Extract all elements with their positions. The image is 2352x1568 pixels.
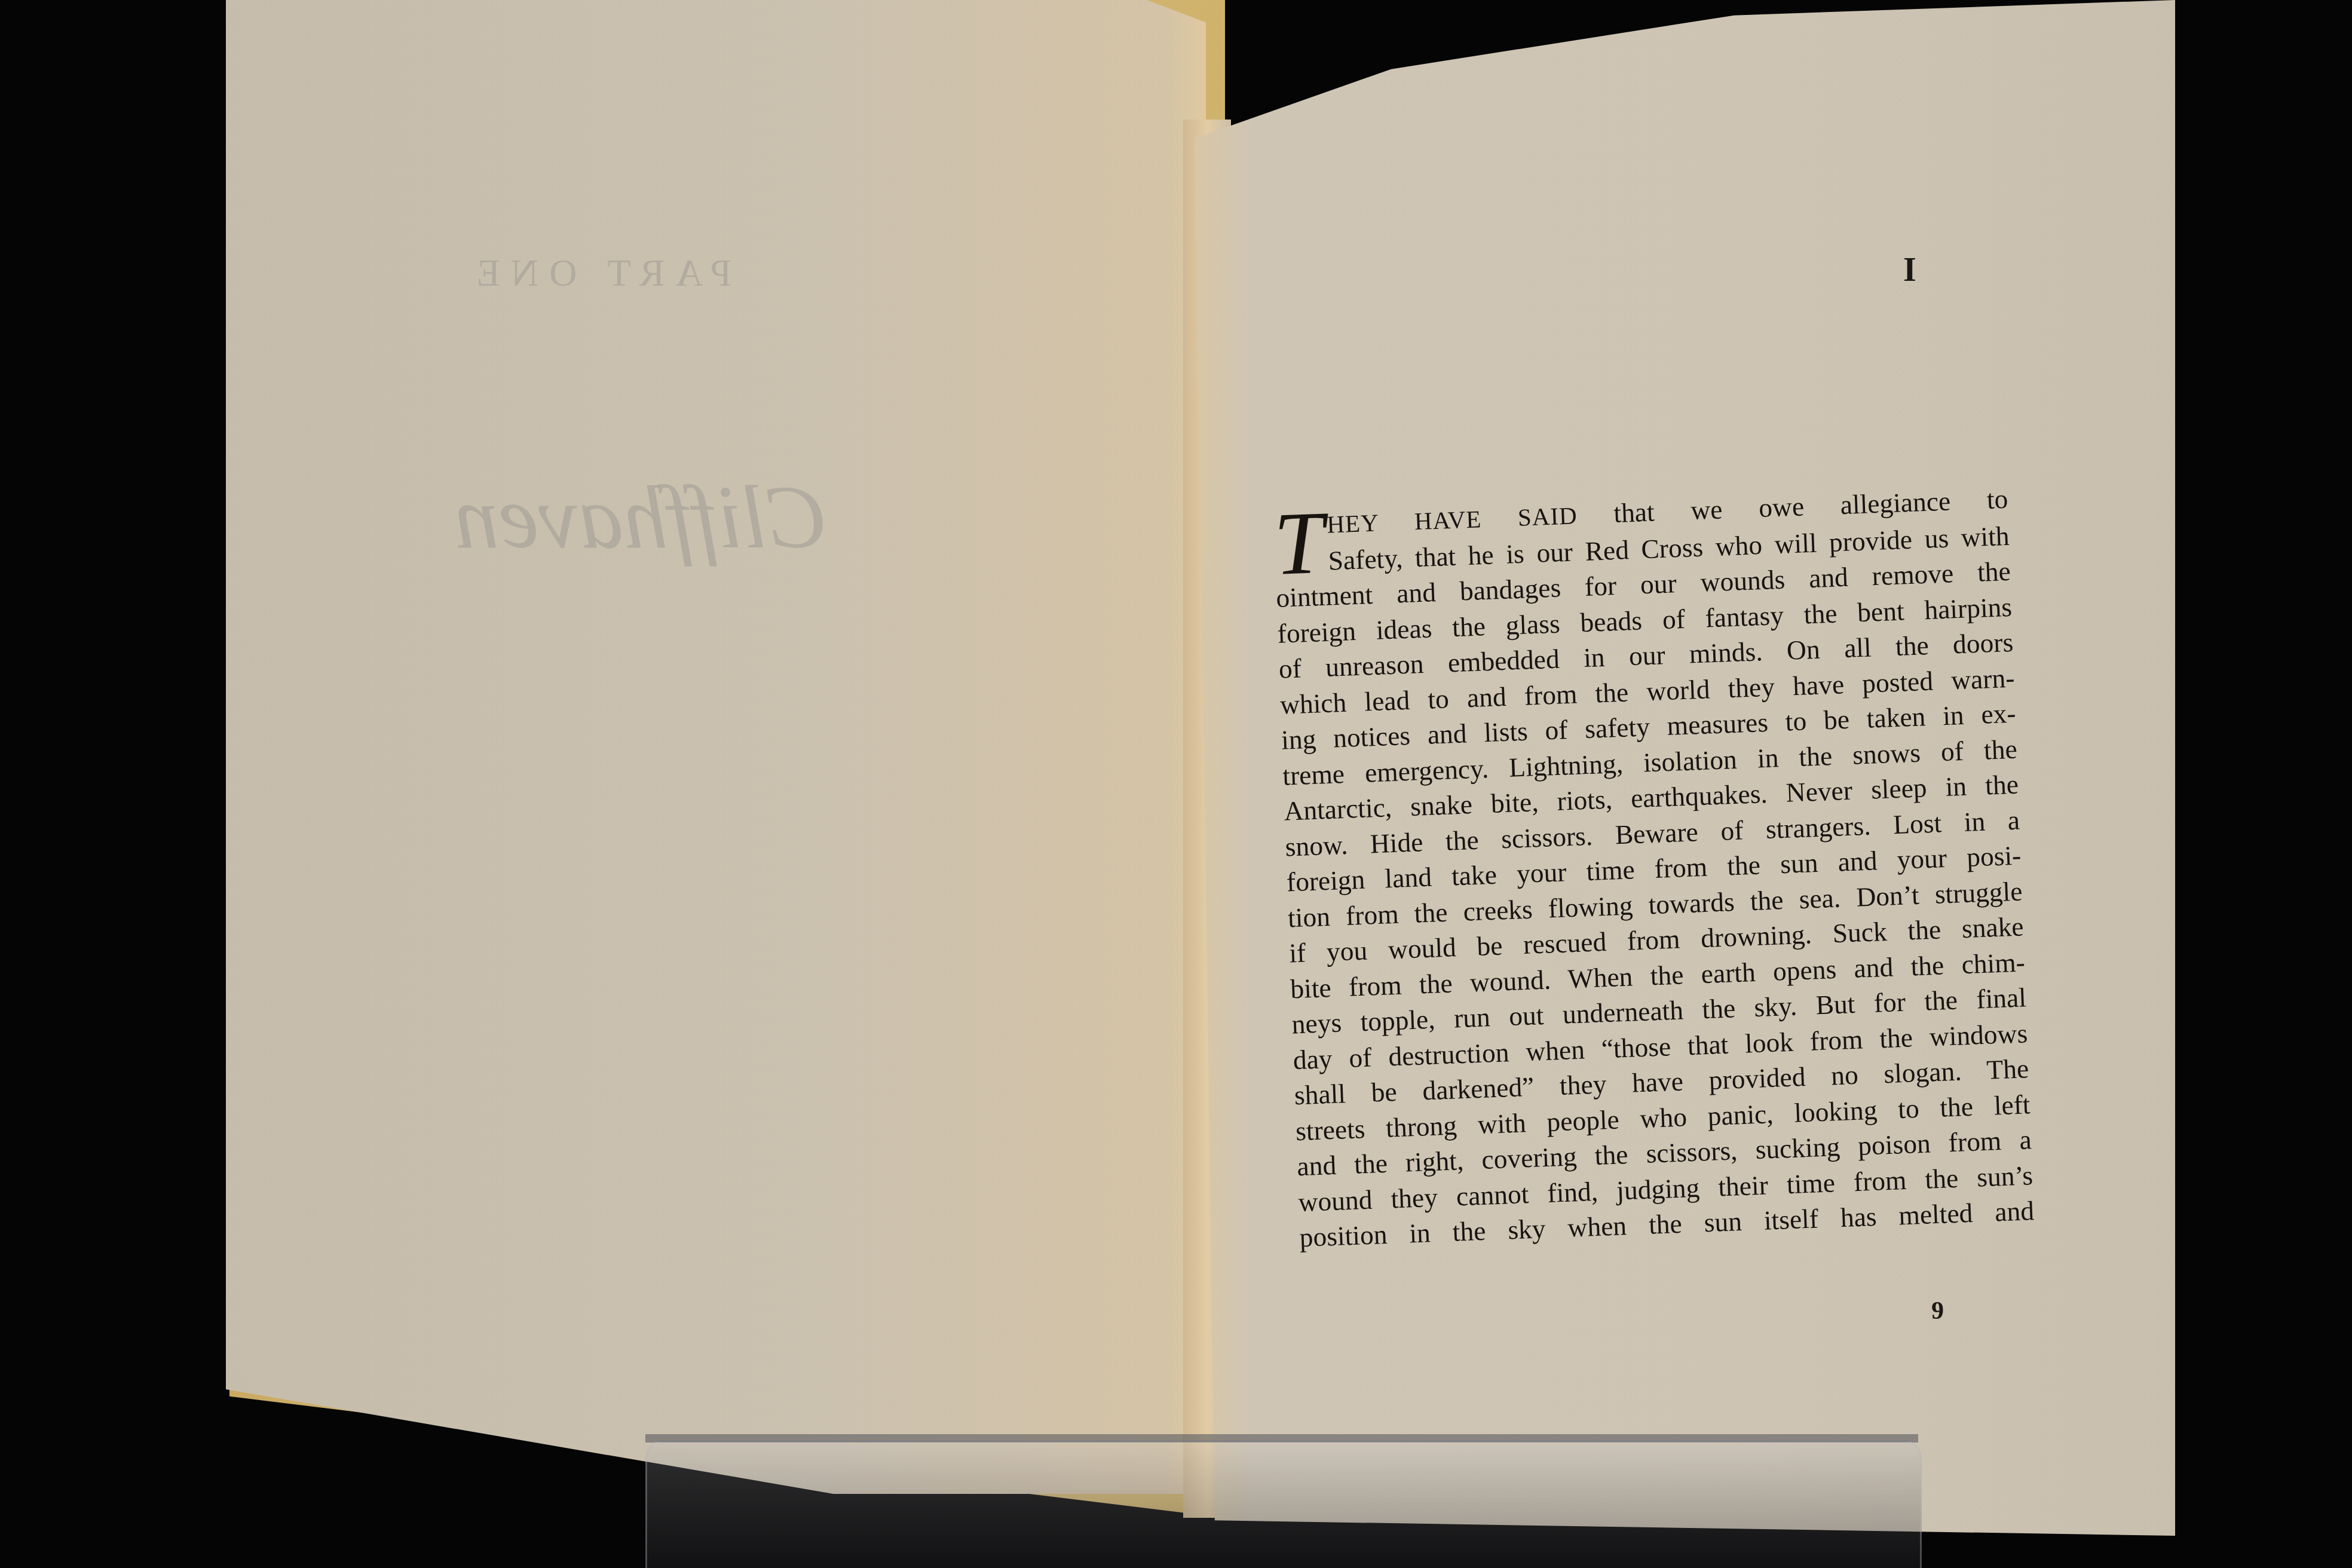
chapter-numeral: I: [1903, 251, 1916, 289]
left-page: [226, 0, 1206, 1494]
chapter-body-text: THEY HAVE SAID that we owe allegiance to…: [1273, 481, 2035, 1255]
opening-smallcaps: HEY HAVE SAID: [1327, 501, 1578, 538]
show-through-part-label: PART ONE: [466, 251, 731, 295]
page-number: 9: [1931, 1297, 1944, 1325]
show-through-title: Cliffhaven: [454, 466, 828, 569]
acrylic-book-stand: [645, 1440, 1922, 1568]
photo-scene: PART ONE Cliffhaven I THEY HAVE SAID tha…: [0, 0, 2352, 1568]
dropcap: T: [1272, 498, 1324, 565]
